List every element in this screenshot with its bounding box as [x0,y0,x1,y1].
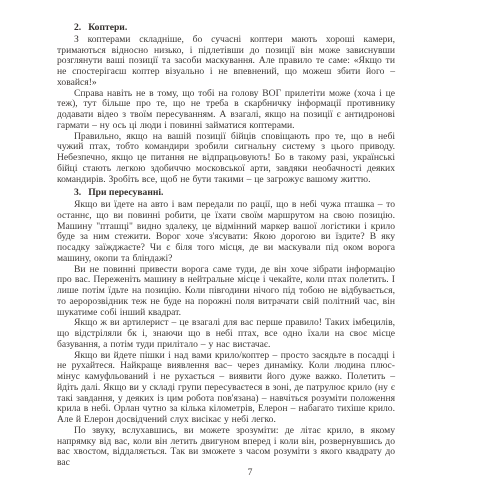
paragraph: Якщо ви їдете на авто і вам передали по … [57,200,395,265]
paragraph: Правильно, якщо на вашій позиції бійців … [57,132,395,186]
paragraph: Справа навіть не в тому, що тобі на голо… [57,89,395,132]
paragraph: Ви не повинні привести ворога саме туди,… [57,265,395,319]
paragraph: З коптерами складніше, бо сучасні коптер… [57,35,395,89]
paragraph: По звуку, вслухавшись, ви можете зрозумі… [57,426,395,469]
paragraph: Якщо ж ви артилерист – це взагалі для ва… [57,318,395,350]
page-number: 7 [0,467,500,478]
document-page: 2.Коптери. З коптерами складніше, бо суч… [0,0,500,500]
section-heading-movement: 3.При пересуванні. [57,185,395,200]
section-title: При пересуванні. [88,187,163,198]
section-number: 3. [74,187,81,198]
section-title: Коптери. [88,22,127,33]
section-number: 2. [74,22,81,33]
paragraph: Якщо ви йдете пішки і над вами крило/коп… [57,351,395,426]
section-heading-copters: 2.Коптери. [57,23,395,35]
text-column: 2.Коптери. З коптерами складніше, бо суч… [57,23,395,469]
